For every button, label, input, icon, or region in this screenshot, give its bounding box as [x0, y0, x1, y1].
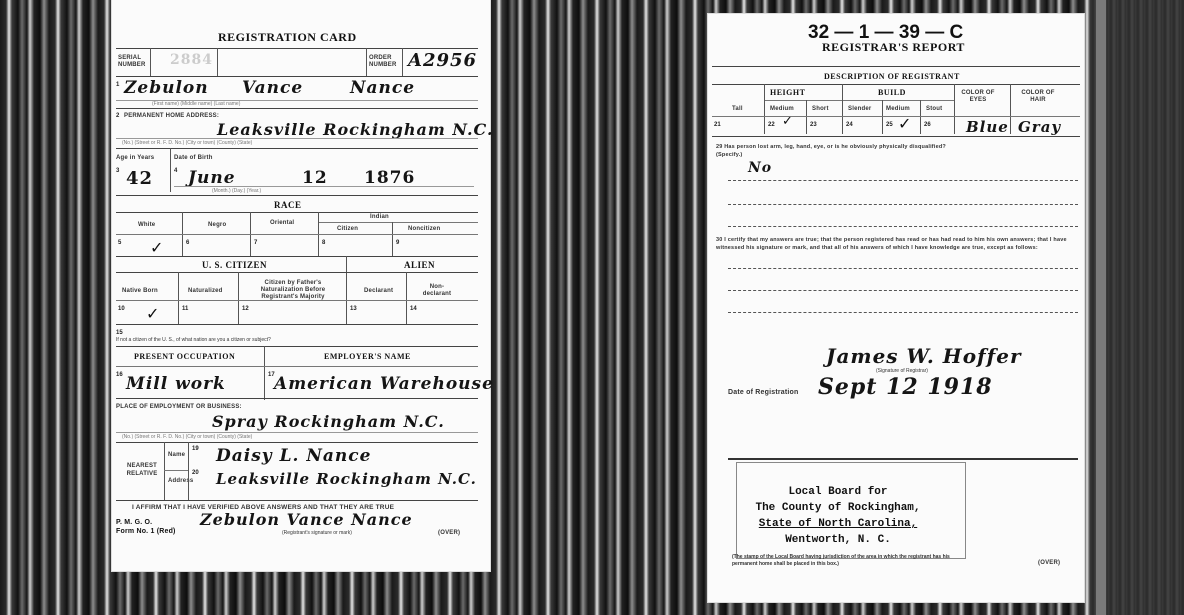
height-medium-checkmark: ✓: [782, 114, 793, 129]
stamp-line-1: Local Board for: [708, 484, 968, 500]
occupation-value: Mill work: [126, 374, 226, 394]
over-label-right: (OVER): [1038, 560, 1060, 566]
registrant-last-name: Nance: [350, 78, 415, 98]
order-number-value: A2956: [408, 50, 477, 71]
birth-month: June: [188, 168, 236, 188]
registrant-first-name: Zebulon: [124, 78, 209, 98]
home-address-label: PERMANENT HOME ADDRESS:: [124, 113, 219, 119]
birth-year: 1876: [364, 168, 415, 188]
hair-heading: COLOR OF HAIR: [1018, 90, 1058, 104]
registrars-report-card: 32 — 1 — 39 — C REGISTRAR'S REPORT DESCR…: [708, 14, 1084, 602]
stamp-line-3: State of North Carolina,: [708, 516, 968, 532]
stamp-line-2: The County of Rockingham,: [708, 500, 968, 516]
place-of-employment-value: Spray Rockingham N.C.: [212, 412, 445, 431]
birth-day: 12: [302, 168, 328, 188]
native-born-checkmark: ✓: [146, 304, 159, 323]
occupation-heading: PRESENT OCCUPATION: [134, 352, 235, 361]
place-of-employment-label: PLACE OF EMPLOYMENT OR BUSINESS:: [116, 404, 242, 410]
stamp-caption: (The stamp of the Local Board having jur…: [732, 554, 972, 568]
card-title: REGISTRATION CARD: [218, 30, 357, 45]
registrant-signature: Zebulon Vance Nance: [200, 510, 413, 529]
description-heading: DESCRIPTION OF REGISTRANT: [824, 72, 960, 81]
height-heading: HEIGHT: [770, 88, 805, 97]
nearest-relative-label: NEAREST RELATIVE: [122, 462, 162, 478]
eye-color-value: Blue: [966, 118, 1009, 136]
over-label: (OVER): [438, 530, 460, 536]
report-title: REGISTRAR'S REPORT: [822, 40, 965, 55]
stamp-line-4: Wentworth, N. C.: [708, 532, 968, 548]
q30-certification: 30 I certify that my answers are true; t…: [716, 236, 1076, 252]
race-heading: RACE: [274, 200, 302, 210]
indian-heading: Indian: [370, 214, 389, 220]
age-value: 42: [126, 168, 153, 189]
dob-label: Date of Birth: [174, 155, 213, 161]
date-of-registration-value: Sept 12 1918: [818, 374, 993, 400]
serial-number-value: 2884: [170, 52, 213, 68]
q15-label: If not a citizen of the U. S., of what n…: [116, 337, 271, 343]
registrant-middle-name: Vance: [242, 78, 303, 98]
date-of-registration-label: Date of Registration: [728, 389, 799, 396]
nearest-relative-name: Daisy L. Nance: [216, 446, 371, 466]
scan-background-strip: [1090, 0, 1184, 615]
employer-value: American Warehouse: [274, 374, 494, 394]
build-heading: BUILD: [878, 88, 906, 97]
registrar-signature: James W. Hoffer: [826, 344, 1022, 368]
q29-answer: No: [748, 160, 772, 176]
build-medium-checkmark: ✓: [898, 114, 911, 133]
nearest-relative-address: Leaksville Rockingham N.C.: [216, 470, 477, 488]
home-address-value: Leaksville Rockingham N.C.: [217, 120, 494, 139]
order-number-label: ORDER NUMBER: [369, 55, 399, 69]
age-label: Age in Years: [116, 155, 154, 161]
serial-number-label: SERIAL NUMBER: [118, 55, 148, 69]
eyes-heading: COLOR OF EYES: [960, 90, 996, 104]
registration-card: REGISTRATION CARD SERIAL NUMBER 2884 ORD…: [112, 0, 490, 571]
race-white-checkmark: ✓: [150, 238, 163, 257]
us-citizen-heading: U. S. CITIZEN: [202, 260, 267, 270]
hair-color-value: Gray: [1018, 118, 1061, 136]
form-identifier: P. M. G. O. Form No. 1 (Red): [116, 518, 176, 536]
q29-label: 29 Has person lost arm, leg, hand, eye, …: [716, 144, 946, 150]
employer-heading: EMPLOYER'S NAME: [324, 352, 411, 361]
alien-heading: ALIEN: [404, 260, 435, 270]
